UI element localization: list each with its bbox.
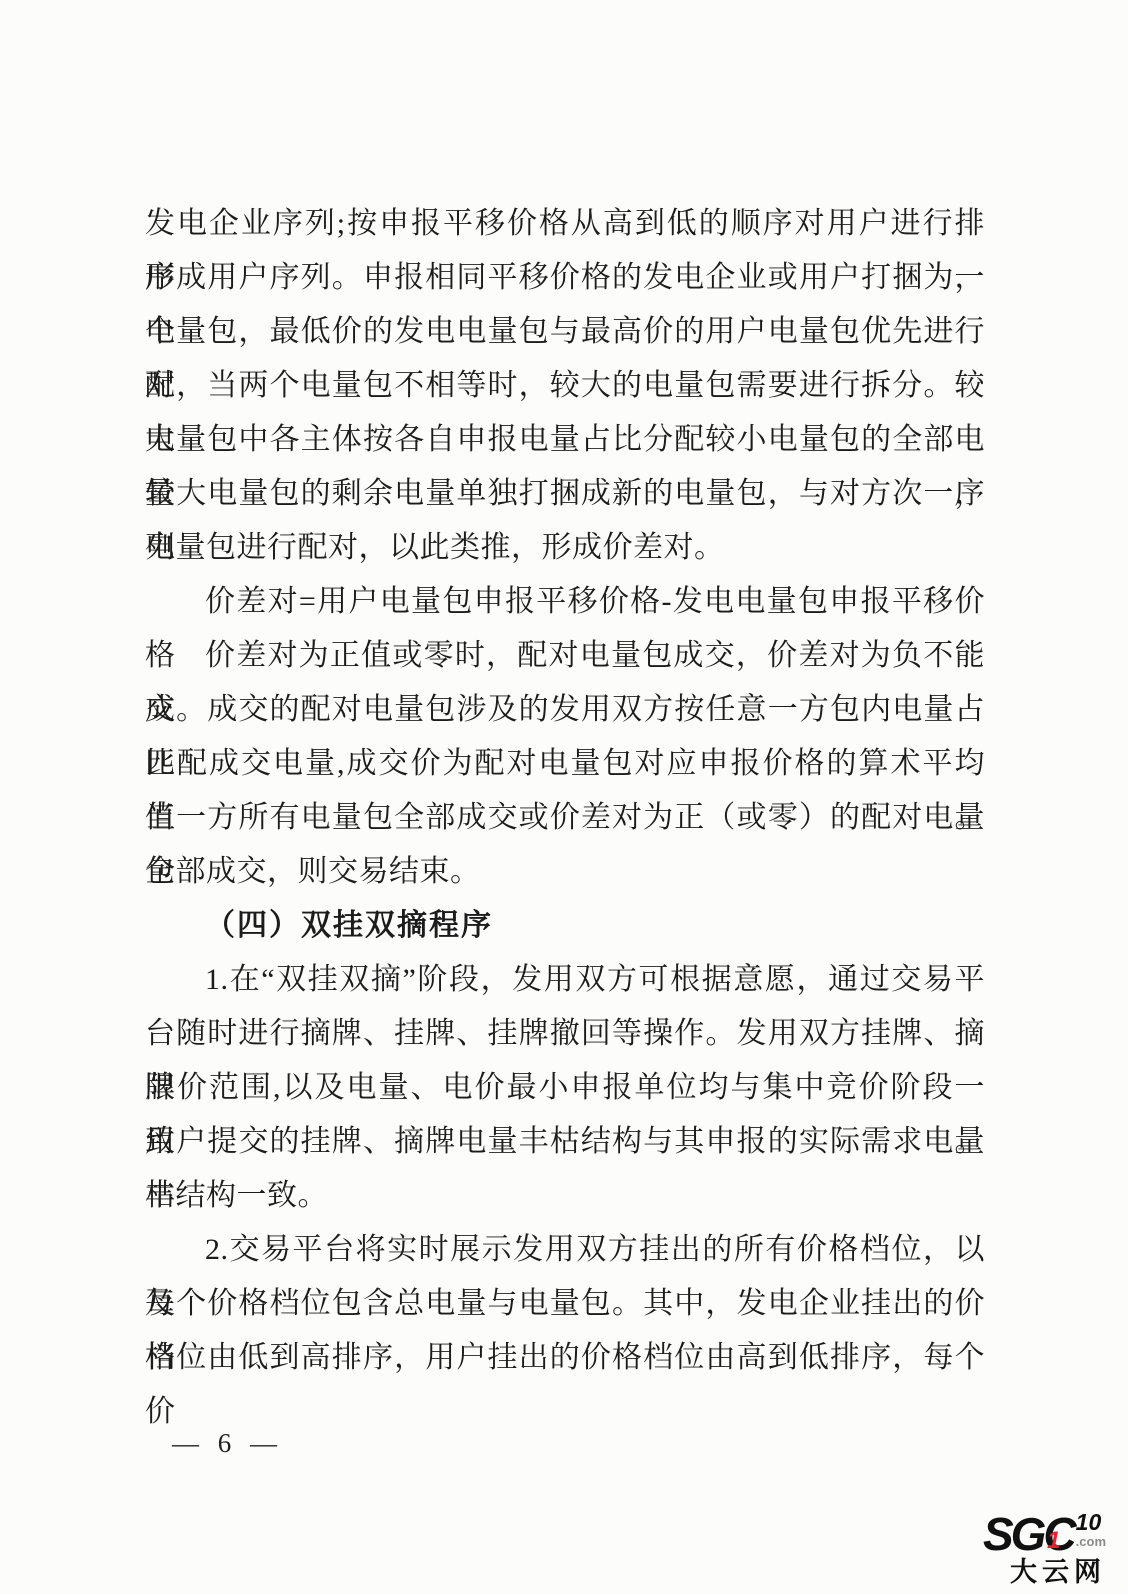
page-number: — 6 —	[172, 1428, 283, 1459]
text-line: 电量包中各主体按各自申报电量占比分配较小电量包的全部电量，	[145, 413, 985, 467]
logo-com-suffix: .com	[1076, 1535, 1106, 1548]
text-line: 较大电量包的剩余电量单独打捆成新的电量包，与对方次一序列	[145, 467, 985, 521]
logo-wordmark: SGC110.com	[983, 1511, 1106, 1557]
text-line: 对，当两个电量包不相等时，较大的电量包需要进行拆分。较大	[145, 359, 985, 413]
text-line: 电量包，最低价的发电电量包与最高价的用户电量包优先进行配	[145, 305, 985, 359]
text-line: 价差对为正值或零时，配对电量包成交，价差对为负不能成	[145, 629, 985, 683]
section-heading: （四）双挂双摘程序	[145, 899, 985, 953]
text-line: 形成用户序列。申报相同平移价格的发电企业或用户打捆为一个	[145, 251, 985, 305]
formula-line: 价差对=用户电量包申报平移价格-发电电量包申报平移价格	[145, 575, 985, 629]
text-line: 全部成交，则交易结束。	[145, 845, 985, 899]
text-line: 枯结构一致。	[145, 1169, 985, 1223]
text-line: 限价范围,以及电量、电价最小申报单位均与集中竞价阶段一致。	[145, 1061, 985, 1115]
text-line: 1.在“双挂双摘”阶段，发用双方可根据意愿，通过交易平	[145, 953, 985, 1007]
logo-red-accent: 1	[1047, 1529, 1060, 1553]
text-line: 发电企业序列;按申报平移价格从高到低的顺序对用户进行排序，	[145, 197, 985, 251]
text-line: 档位由低到高排序，用户挂出的价格档位由高到低排序，每个价	[145, 1331, 985, 1385]
text-line: 2.交易平台将实时展示发用双方挂出的所有价格档位，以及	[145, 1223, 985, 1277]
text-line: 交。成交的配对电量包涉及的发用双方按任意一方包内电量占比	[145, 683, 985, 737]
logo-chinese-name: 大云网	[983, 1559, 1106, 1586]
logo-superscript-10: 10	[1076, 1511, 1106, 1534]
body-text-block: 发电企业序列;按申报平移价格从高到低的顺序对用户进行排序， 形成用户序列。申报相…	[145, 197, 985, 1385]
text-line: 电量包进行配对，以此类推，形成价差对。	[145, 521, 985, 575]
sgc10-watermark-logo: SGC110.com 大云网	[983, 1511, 1106, 1586]
text-line: 每个价格档位包含总电量与电量包。其中，发电企业挂出的价格	[145, 1277, 985, 1331]
text-line: 匹配成交电量,成交价为配对电量包对应申报价格的算术平均值。	[145, 737, 985, 791]
text-line: 用户提交的挂牌、摘牌电量丰枯结构与其申报的实际需求电量丰	[145, 1115, 985, 1169]
text-line: 当一方所有电量包全部成交或价差对为正（或零）的配对电量包	[145, 791, 985, 845]
document-page: 发电企业序列;按申报平移价格从高到低的顺序对用户进行排序， 形成用户序列。申报相…	[0, 0, 1128, 1594]
text-line: 台随时进行摘牌、挂牌、挂牌撤回等操作。发用双方挂牌、摘牌	[145, 1007, 985, 1061]
